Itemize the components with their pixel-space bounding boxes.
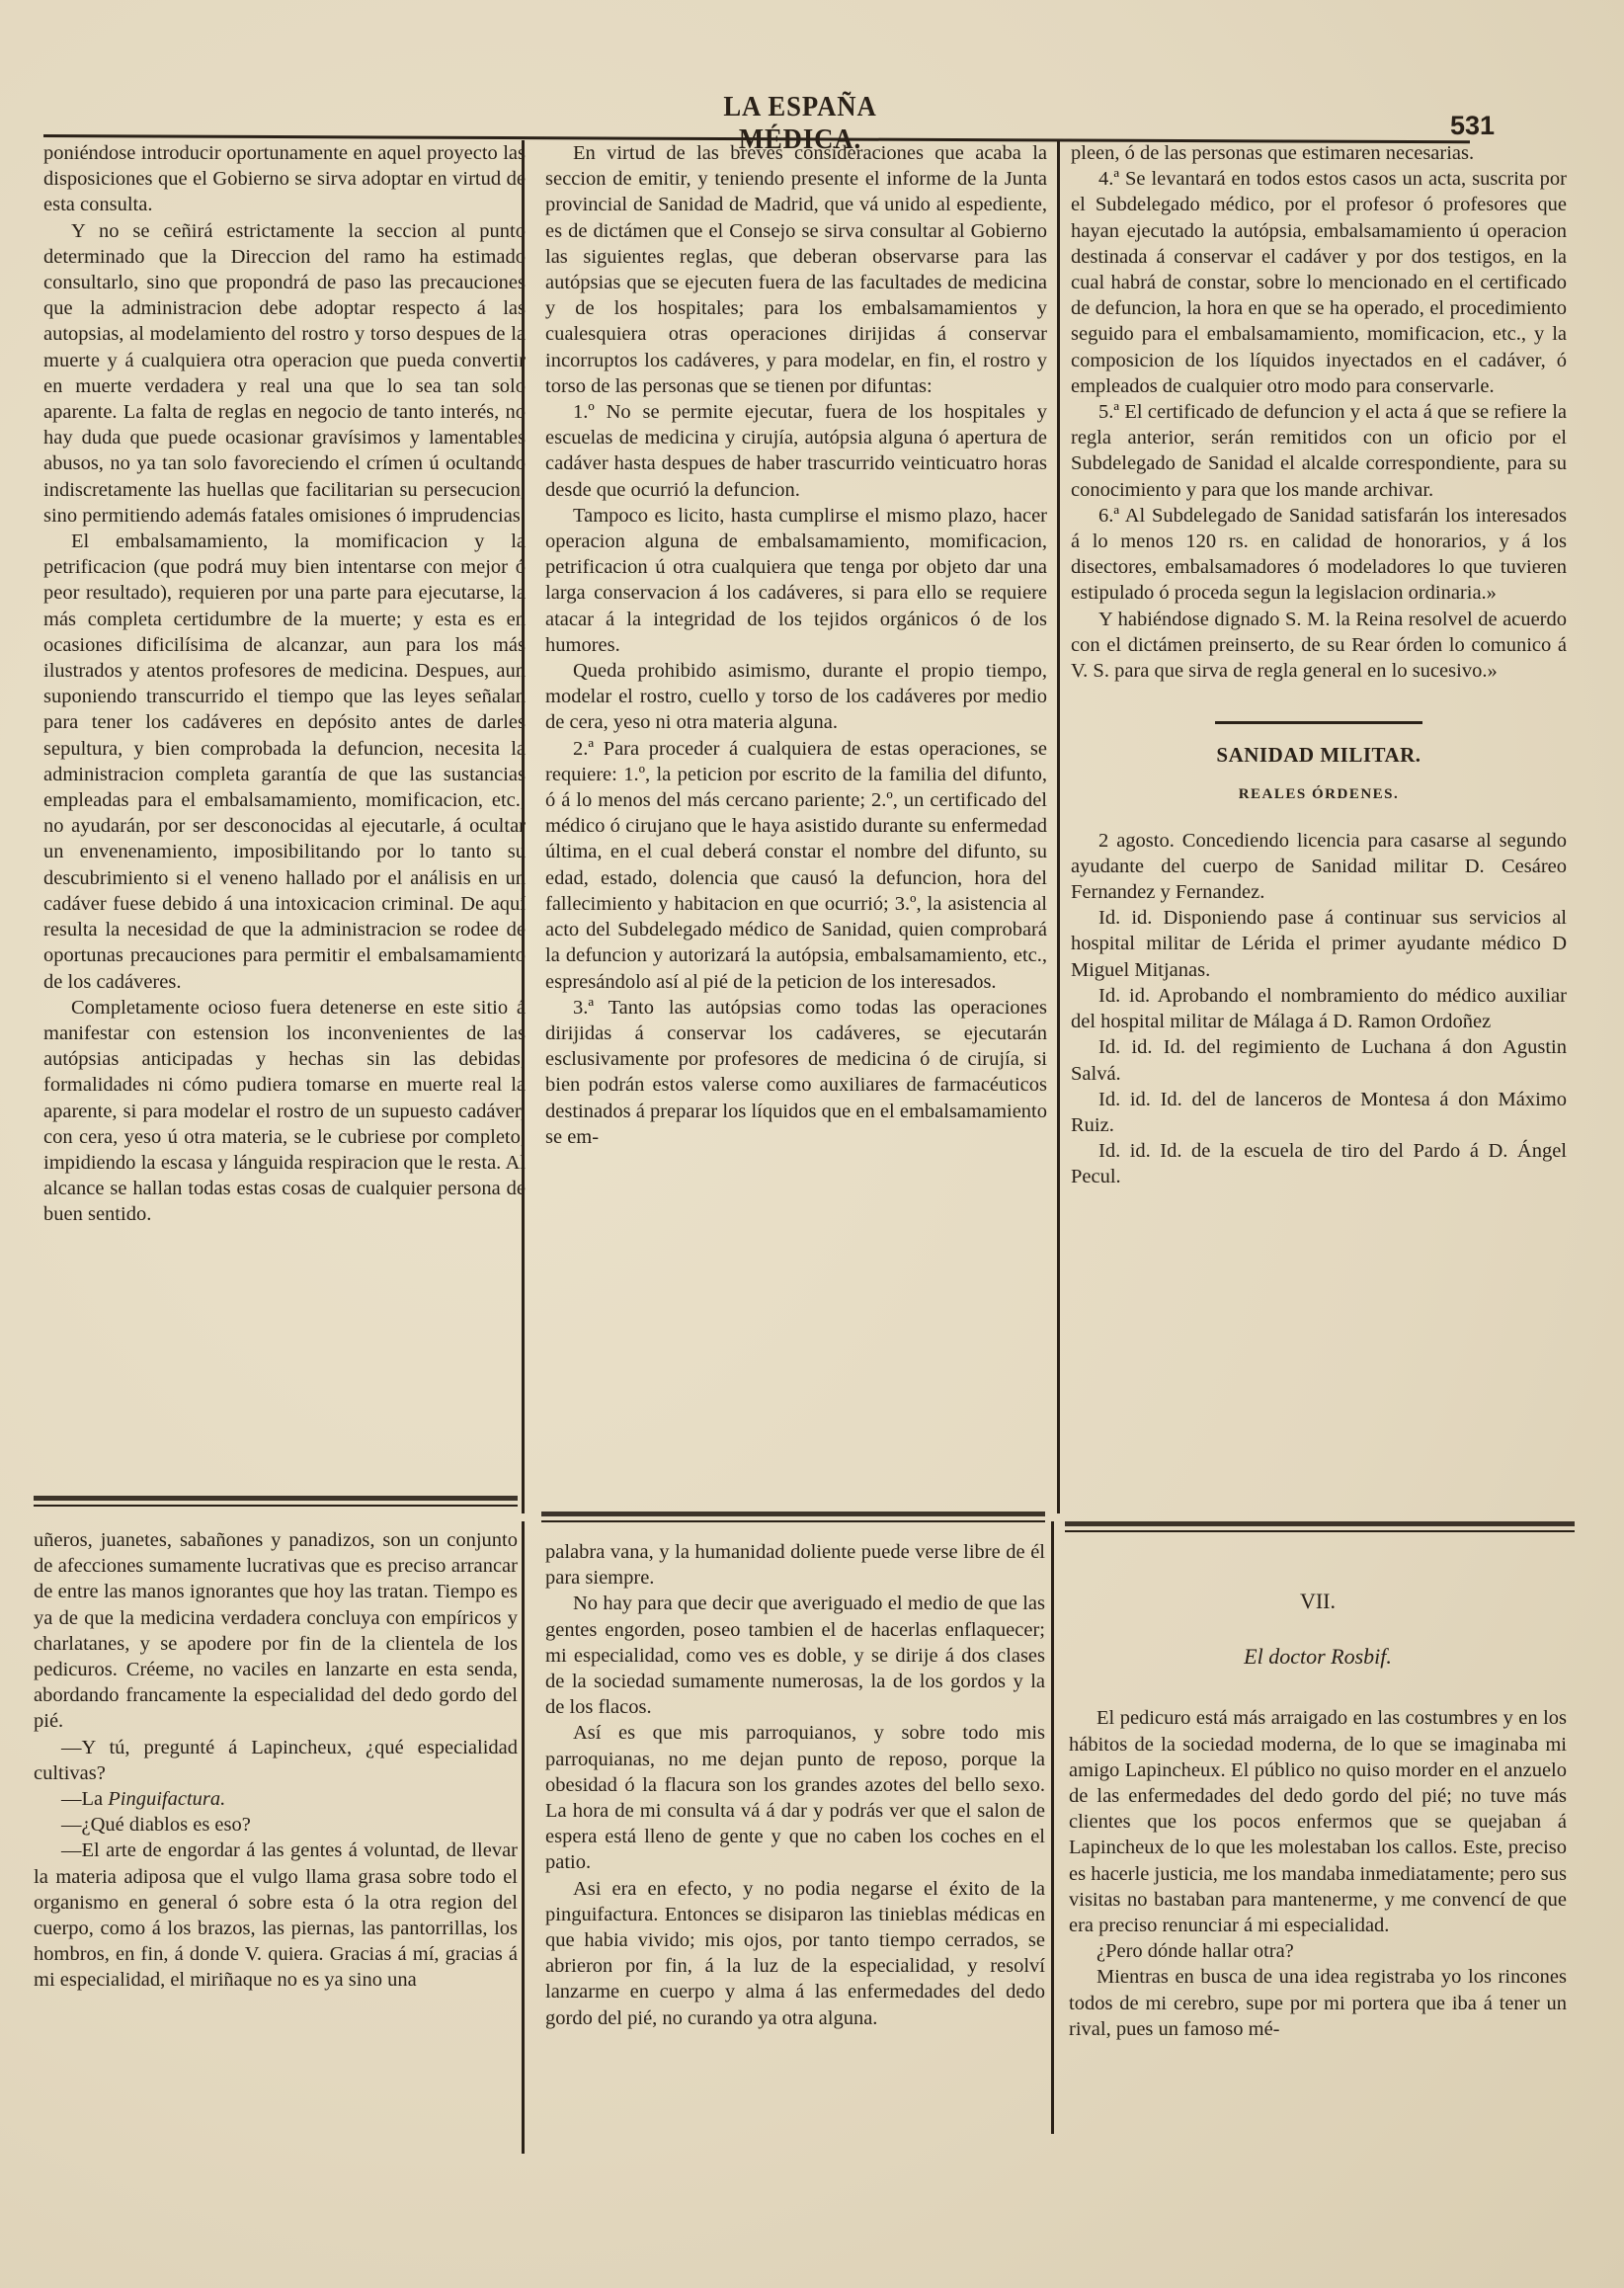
chapter-title: El doctor Rosbif. — [1069, 1644, 1567, 1670]
column-divider — [1057, 140, 1060, 1513]
lower-column-1: uñeros, juanetes, sabañones y panadizos,… — [34, 1527, 518, 1994]
newspaper-page: LA ESPAÑA MÉDICA. 531 poniéndose introdu… — [0, 0, 1624, 2288]
section-title: SANIDAD MILITAR. — [1071, 742, 1567, 768]
order-item: Id. id. Disponiendo pase á continuar sus… — [1071, 905, 1567, 983]
rule-4: 4.ª Se levantará en todos estos casos un… — [1071, 166, 1567, 399]
paragraph: pleen, ó de las personas que estimaren n… — [1071, 140, 1567, 166]
paragraph: palabra vana, y la humanidad doliente pu… — [545, 1539, 1045, 1591]
paragraph: No hay para que decir que averiguado el … — [545, 1591, 1045, 1720]
dialogue-line: —La Pinguifactura. — [34, 1786, 518, 1812]
rule-3: 3.ª Tanto las autópsias como todas las o… — [545, 995, 1047, 1150]
lower-column-2: palabra vana, y la humanidad doliente pu… — [545, 1539, 1045, 2031]
section-subtitle: REALES ÓRDENES. — [1071, 781, 1567, 807]
paragraph: En virtud de las breves consideraciones … — [545, 140, 1047, 399]
upper-column-3: pleen, ó de las personas que estimaren n… — [1071, 140, 1567, 1190]
paragraph: El embalsamamiento, la momificacion y la… — [43, 529, 526, 995]
pinguifactura-word: Pinguifactura. — [108, 1788, 225, 1810]
paragraph: Completamente ocioso fuera detenerse en … — [43, 995, 526, 1228]
paragraph: poniéndose introducir oportunamente en a… — [43, 140, 526, 218]
paragraph: Y no se ceñirá estrictamente la seccion … — [43, 218, 526, 529]
section-divider — [34, 1496, 518, 1507]
order-item: Id. id. Id. del regimiento de Luchana á … — [1071, 1034, 1567, 1086]
rule-5: 5.ª El certificado de defuncion y el act… — [1071, 399, 1567, 503]
rule-2: 2.ª Para proceder á cualquiera de estas … — [545, 736, 1047, 995]
upper-column-1: poniéndose introducir oportunamente en a… — [43, 140, 526, 1228]
page-number: 531 — [1450, 111, 1495, 141]
dialogue-line: —Y tú, pregunté á Lapincheux, ¿qué espec… — [34, 1735, 518, 1786]
order-item: Id. id. Id. del de lanceros de Montesa á… — [1071, 1087, 1567, 1138]
column-divider — [1051, 1521, 1054, 2134]
section-divider — [541, 1512, 1045, 1522]
dialogue-line: —El arte de engordar á las gentes á volu… — [34, 1838, 518, 1993]
paragraph: Queda prohibido asimismo, durante el pro… — [545, 658, 1047, 736]
dialogue-prefix: —La — [61, 1788, 108, 1810]
paragraph: ¿Pero dónde hallar otra? — [1069, 1938, 1567, 1964]
paragraph: Así es que mis parroquianos, y sobre tod… — [545, 1720, 1045, 1875]
paragraph: Tampoco es licito, hasta cumplirse el mi… — [545, 503, 1047, 658]
section-rule — [1215, 721, 1422, 724]
dialogue-line: —¿Qué diablos es eso? — [34, 1812, 518, 1838]
order-item: Id. id. Id. de la escuela de tiro del Pa… — [1071, 1138, 1567, 1189]
order-item: 2 agosto. Concediendo licencia para casa… — [1071, 828, 1567, 906]
paragraph: Mientras en busca de una idea registraba… — [1069, 1964, 1567, 2042]
upper-column-2: En virtud de las breves consideraciones … — [545, 140, 1047, 1150]
paragraph: uñeros, juanetes, sabañones y panadizos,… — [34, 1527, 518, 1735]
paragraph: Asi era en efecto, y no podia negarse el… — [545, 1876, 1045, 2031]
order-item: Id. id. Aprobando el nombramiento do méd… — [1071, 983, 1567, 1034]
chapter-number: VII. — [1069, 1589, 1567, 1614]
section-divider — [1065, 1521, 1575, 1532]
rule-1: 1.º No se permite ejecutar, fuera de los… — [545, 399, 1047, 503]
column-divider — [522, 140, 525, 1513]
closing-paragraph: Y habiéndose dignado S. M. la Reina reso… — [1071, 607, 1567, 685]
column-divider — [522, 1521, 525, 2154]
lower-column-3: VII. El doctor Rosbif. El pedicuro está … — [1069, 1537, 1567, 2042]
paragraph: El pedicuro está más arraigado en las co… — [1069, 1705, 1567, 1938]
rule-6: 6.ª Al Subdelegado de Sanidad satisfarán… — [1071, 503, 1567, 607]
